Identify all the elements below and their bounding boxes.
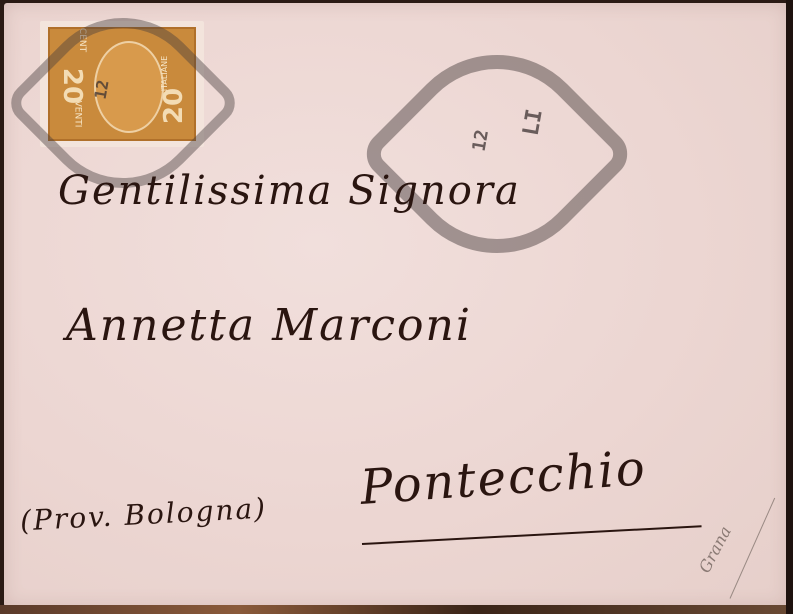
town-postmark-text: LI [519,107,548,137]
envelope-bottom-edge [0,605,793,614]
envelope-right-edge [786,0,793,614]
stamp-cancel-text: 12 [91,78,113,100]
address-name: Annetta Marconi [66,300,472,351]
address-salutation: Gentilissima Signora [58,168,521,214]
town-postmark-date: 12 [469,128,493,153]
